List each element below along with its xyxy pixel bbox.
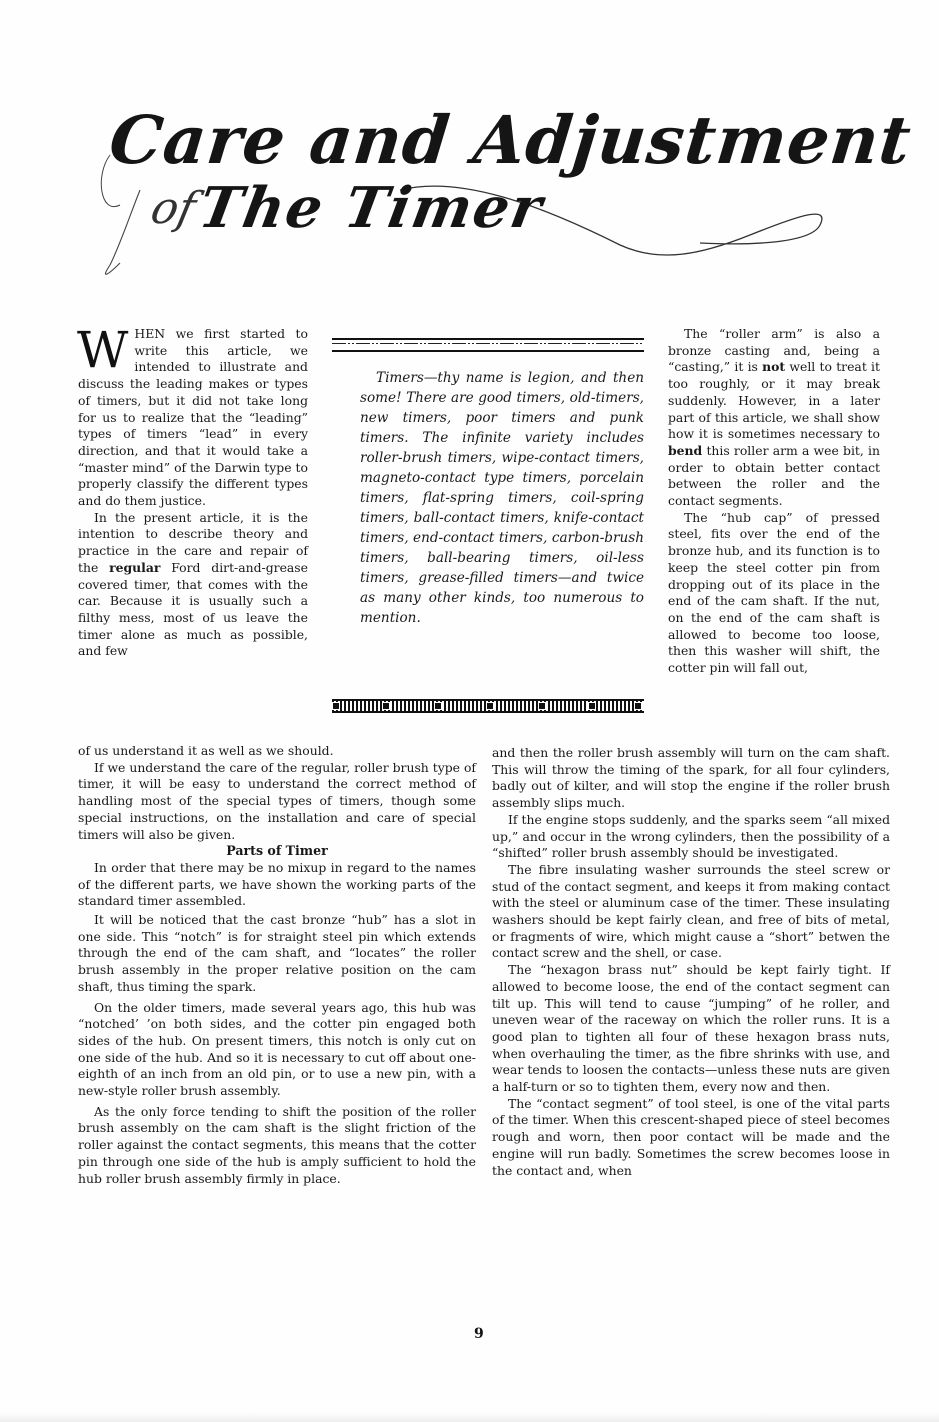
page-number: 9 <box>474 1326 484 1342</box>
lower-left-column: of us understand it as well as we should… <box>78 743 476 1187</box>
paragraph: As the only force tending to shift the p… <box>78 1104 476 1188</box>
paragraph: and then the roller brush assembly will … <box>492 745 890 812</box>
paragraph: In order that there may be no mixup in r… <box>78 860 476 910</box>
magazine-page: Care and Adjustment of The Timer WHEN we… <box>0 0 939 1422</box>
paragraph: The “roller arm” is also a bronze castin… <box>668 326 880 510</box>
page-edge <box>0 1412 939 1422</box>
paragraph: If the engine stops suddenly, and the sp… <box>492 812 890 862</box>
sidebar-quote: Timers—thy name is legion, and then some… <box>360 368 644 628</box>
paragraph: In the present article, it is the intent… <box>78 510 308 660</box>
paragraph: On the older timers, made several years … <box>78 1000 476 1100</box>
lower-right-column: and then the roller brush assembly will … <box>492 745 890 1179</box>
right-column: The “roller arm” is also a bronze castin… <box>668 326 880 677</box>
intro-paragraph: WHEN we first started to write this arti… <box>78 326 308 510</box>
title-line-1: Care and Adjustment <box>106 101 915 179</box>
paragraph: The “hub cap” of pressed steel, fits ove… <box>668 510 880 677</box>
paragraph: The fibre insulating washer surrounds th… <box>492 862 890 962</box>
left-column: WHEN we first started to write this arti… <box>78 326 308 660</box>
quote-text: Timers—thy name is legion, and then some… <box>360 368 644 628</box>
paragraph: The “contact segment” of tool steel, is … <box>492 1096 890 1180</box>
paragraph: The “hexagon brass nut” should be kept f… <box>492 962 890 1096</box>
sidebar-quote-box: Timers—thy name is legion, and then some… <box>330 330 650 722</box>
title-line-2: The Timer <box>194 175 548 241</box>
article-title: Care and Adjustment of The Timer <box>100 95 880 295</box>
section-heading: Parts of Timer <box>78 843 476 860</box>
paragraph: It will be noticed that the cast bronze … <box>78 912 476 996</box>
drop-cap: W <box>77 326 128 371</box>
ornamental-rule-top <box>332 338 644 352</box>
paragraph: If we understand the care of the regular… <box>78 760 476 844</box>
ornamental-rule-bottom <box>332 699 644 713</box>
paragraph: of us understand it as well as we should… <box>78 743 476 760</box>
